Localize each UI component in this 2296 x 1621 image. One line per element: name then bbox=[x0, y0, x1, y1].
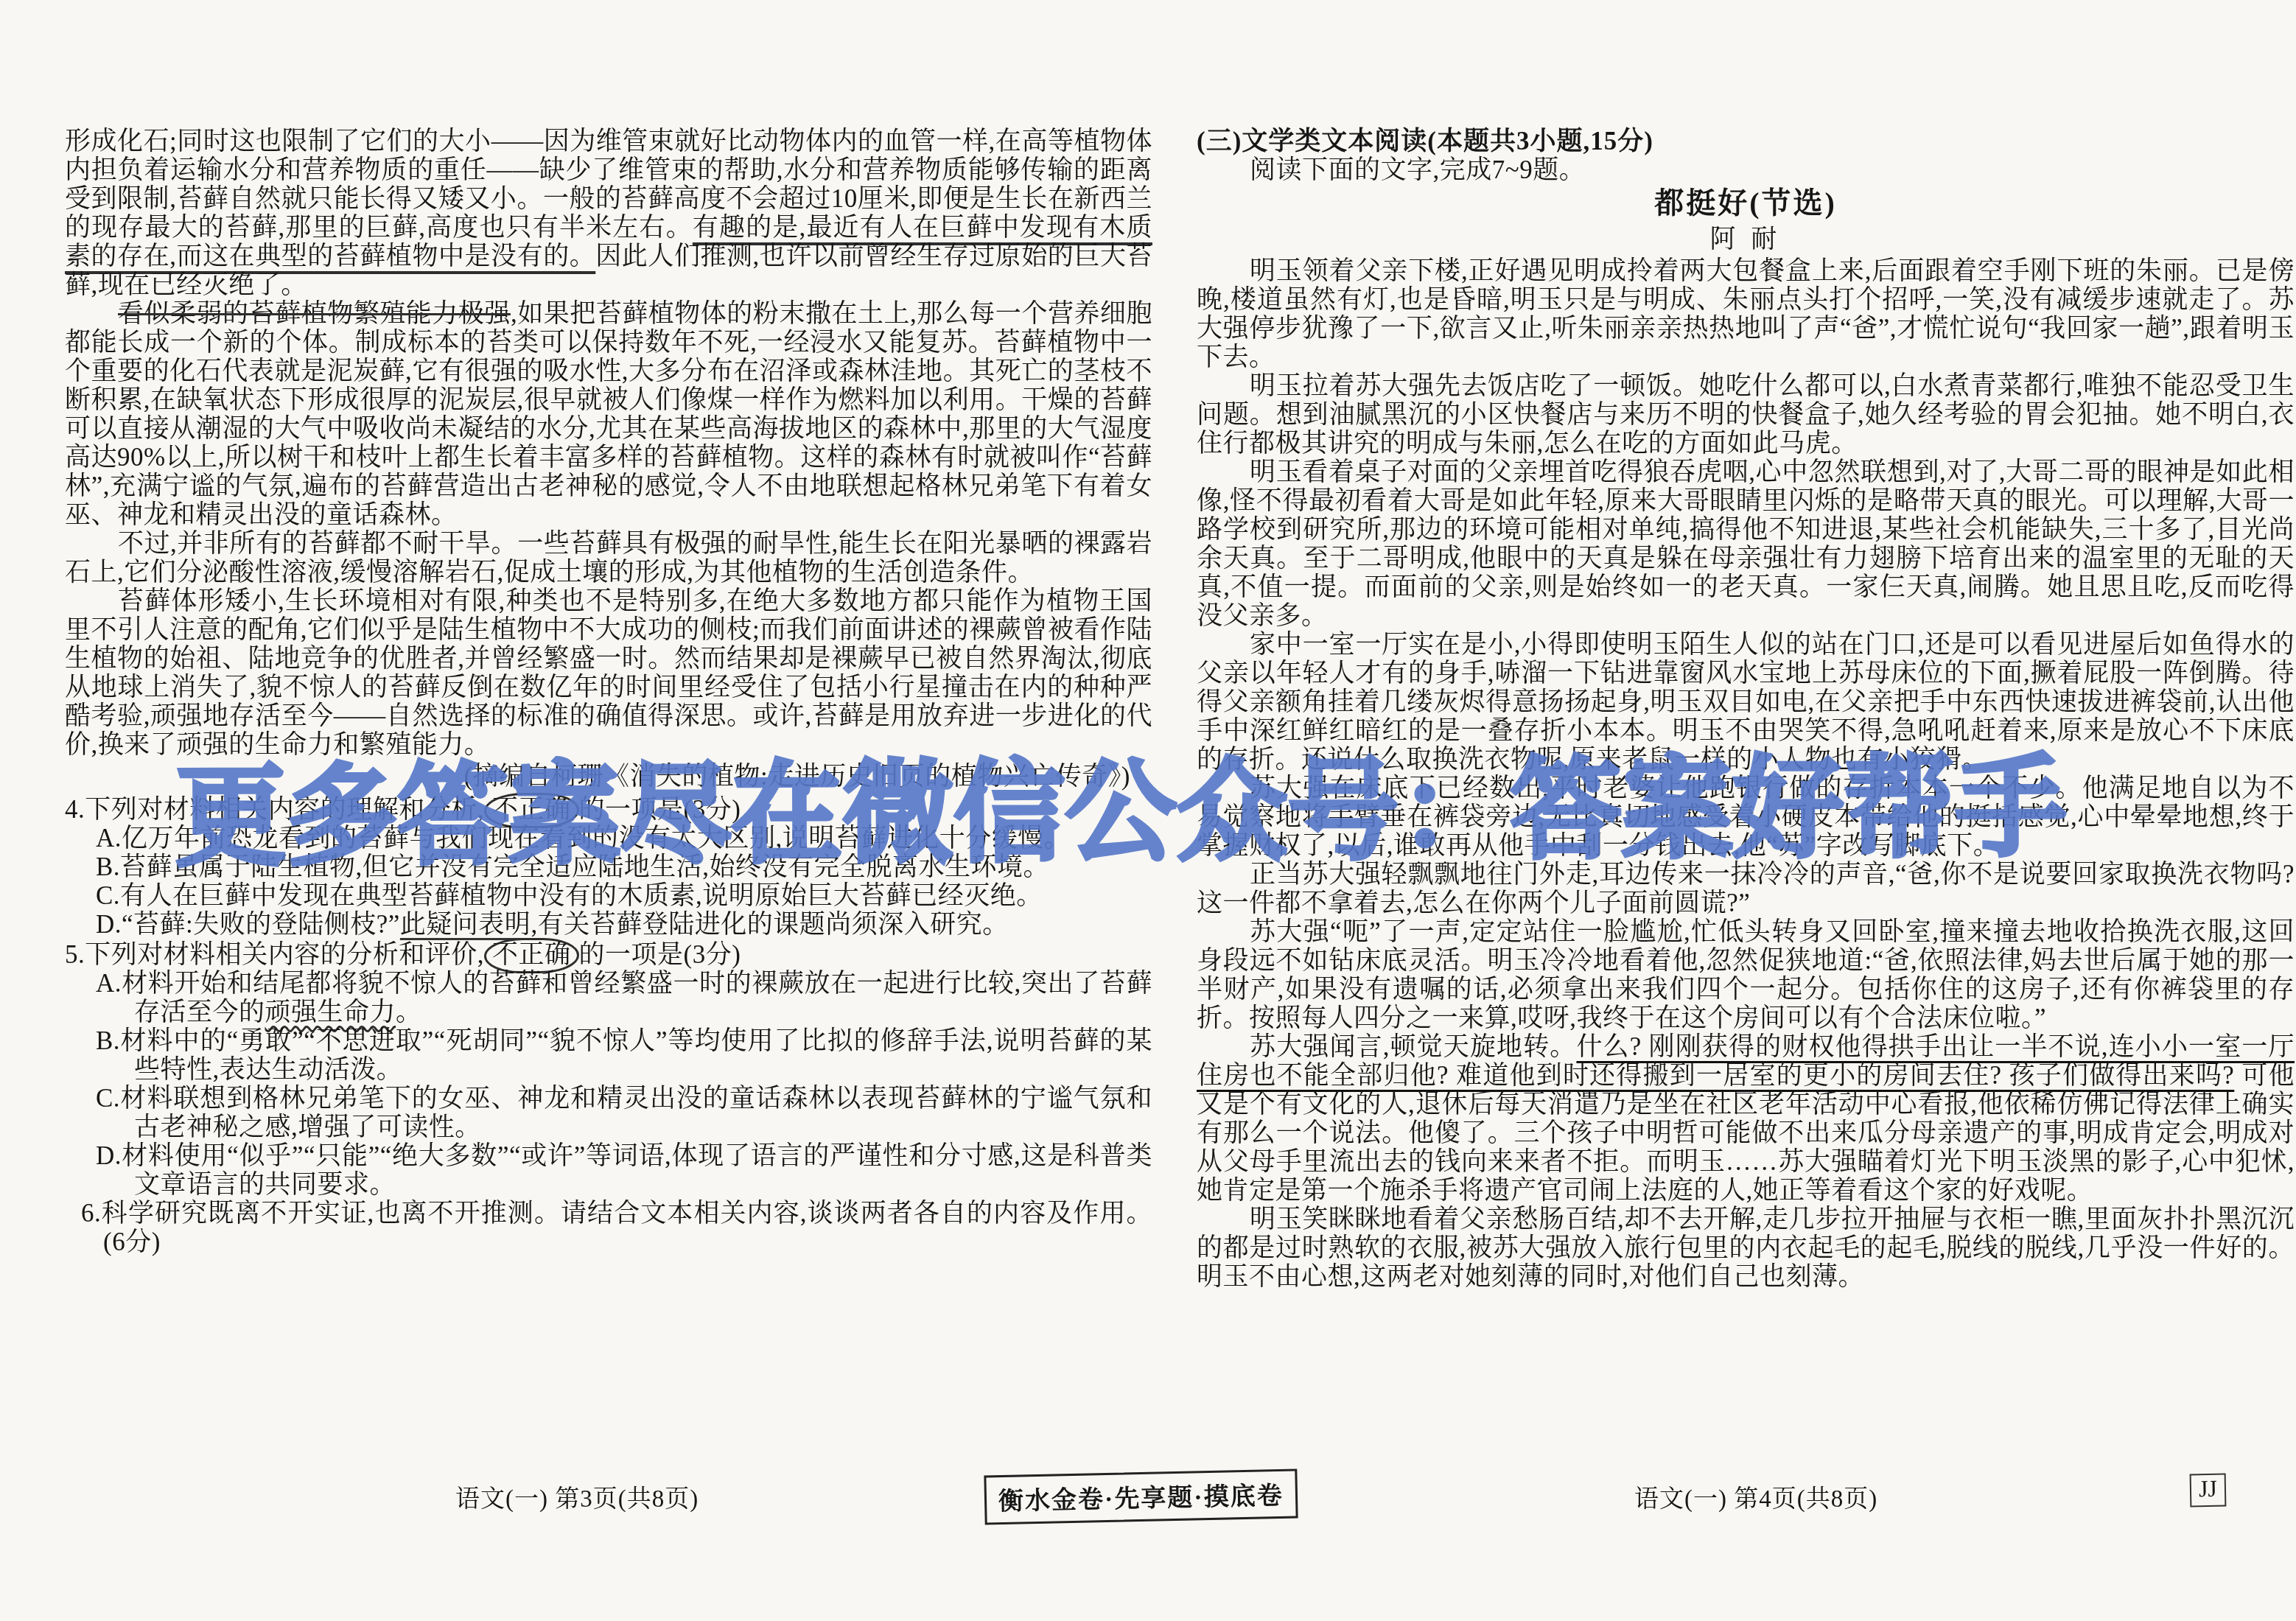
footer-corner-mark: JJ bbox=[2190, 1474, 2227, 1508]
left-paragraph-4: 苔藓体形矮小,生长环境相对有限,种类也不是特别多,在绝大多数地方都只能作为植物王… bbox=[65, 587, 1152, 759]
footer-page-number-left: 语文(一) 第3页(共8页) bbox=[455, 1480, 699, 1514]
hand-strike-mark: 看似柔弱的苔藓植物繁殖能力极强 bbox=[118, 299, 511, 328]
story-paragraph-9: 明玉笑眯眯地看着父亲愁肠百结,却不去开解,走几步拉开抽屉与衣柜一瞧,里面灰扑扑黑… bbox=[1197, 1205, 2295, 1291]
story-paragraph-8: 苏大强闻言,顿觉天旋地转。什么? 刚刚获得的财权他得拱手出让一半不说,连小小一室… bbox=[1197, 1032, 2295, 1205]
question-5-option-c: C.材料联想到格林兄弟笔下的女巫、神龙和精灵出没的童话森林以表现苔藓林的宁谧气氛… bbox=[65, 1084, 1152, 1141]
left-paragraph-3: 不过,并非所有的苔藓都不耐干旱。一些苔藓具有极强的耐旱性,能生长在阳光暴晒的裸露… bbox=[65, 529, 1152, 587]
story-paragraph-7: 苏大强“呃”了一声,定定站住一脸尴尬,忙低头转身又回卧室,撞来撞去地收拾换洗衣服… bbox=[1197, 917, 2295, 1032]
text-run: 。 bbox=[396, 998, 422, 1026]
left-paragraph-2: 看似柔弱的苔藓植物繁殖能力极强,如果把苔藓植物体的粉末撒在土上,那么每一个营养细… bbox=[65, 299, 1152, 529]
hand-circle-mark: 不正确 bbox=[484, 938, 579, 973]
question-5-stem: 5.下列对材料相关内容的分析和评价,不正确的一项是(3分) bbox=[65, 940, 1152, 969]
reading-instruction: 阅读下面的文字,完成7~9题。 bbox=[1197, 155, 2295, 184]
question-5-option-d: D.材料使用“似乎”“只能”“绝大多数”“或许”等词语,体现了语言的严谨性和分寸… bbox=[65, 1141, 1152, 1199]
hand-underline-mark: 顽强生命力 bbox=[265, 998, 396, 1026]
footer-page-number-right: 语文(一) 第4页(共8页) bbox=[1634, 1480, 1877, 1514]
story-paragraph-1: 明玉领着父亲下楼,正好遇见明成拎着两大包餐盒上来,后面跟着空手刚下班的朱丽。已是… bbox=[1197, 256, 2295, 371]
story-title: 都挺好(节选) bbox=[1197, 184, 2295, 223]
question-number: 5. bbox=[65, 940, 85, 969]
page-left: 形成化石;同时这也限制了它们的大小——因为维管束就好比动物体内的血管一样,在高等… bbox=[65, 127, 1152, 1256]
story-paragraph-2: 明玉拉着苏大强先去饭店吃了一顿饭。她吃什么都可以,白水煮青菜都行,唯独不能忍受卫… bbox=[1197, 371, 2295, 458]
story-author: 阿 耐 bbox=[1197, 223, 2295, 256]
text-run: 科学研究既离不开实证,也离不开推测。请结合文本相关内容,谈谈两者各自的内容及作用… bbox=[101, 1199, 1152, 1256]
text-run: ,有关苔藓登陆进化的课题尚须深入研究。 bbox=[531, 910, 1008, 939]
left-paragraph-1: 形成化石;同时这也限制了它们的大小——因为维管束就好比动物体内的血管一样,在高等… bbox=[65, 127, 1152, 299]
story-paragraph-3: 明玉看着桌子对面的父亲埋首吃得狼吞虎咽,心中忽然联想到,对了,大哥二哥的眼神是如… bbox=[1197, 458, 2295, 630]
text-run: D.“苔藓:失败的登陆侧枝?” bbox=[96, 910, 400, 939]
question-5: 5.下列对材料相关内容的分析和评价,不正确的一项是(3分) A.材料开始和结尾都… bbox=[65, 940, 1152, 1199]
hand-underline-mark: 此疑问表明 bbox=[400, 910, 531, 939]
question-5-option-b: B.材料中的“勇敢”“不思进取”“死胡同”“貌不惊人”等均使用了比拟的修辞手法,… bbox=[65, 1026, 1152, 1084]
question-number: 4. bbox=[65, 795, 85, 824]
question-number: 6. bbox=[81, 1199, 101, 1228]
question-5-option-a: A.材料开始和结尾都将貌不惊人的苔藓和曾经繁盛一时的裸蕨放在一起进行比较,突出了… bbox=[65, 969, 1152, 1026]
question-6-stem: 6.科学研究既离不开实证,也离不开推测。请结合文本相关内容,谈谈两者各自的内容及… bbox=[65, 1199, 1152, 1256]
text-run: A.材料开始和结尾都将貌不惊人的苔藓和曾经繁盛一时的裸蕨放在一起进行比较,突出了… bbox=[96, 969, 1152, 1026]
text-run: ,如果把苔藓植物体的粉末撒在土上,那么每一个营养细胞都能长成一个新的个体。制成标… bbox=[65, 299, 1152, 529]
text-run: 苏大强闻言,顿觉天旋地转。 bbox=[1250, 1032, 1576, 1061]
text-run: 的一项是(3分) bbox=[579, 940, 741, 969]
question-6: 6.科学研究既离不开实证,也离不开推测。请结合文本相关内容,谈谈两者各自的内容及… bbox=[65, 1199, 1152, 1256]
wechat-watermark-banner: 更多答案尽在微信公众号：答案好帮手 bbox=[175, 748, 2068, 875]
footer-brand-box: 衡水金卷·先享题·摸底卷 bbox=[984, 1469, 1298, 1525]
text-run: 下列对材料相关内容的分析和评价, bbox=[85, 940, 484, 969]
section-heading: (三)文学类文本阅读(本题共3小题,15分) bbox=[1197, 127, 2295, 155]
page-right: (三)文学类文本阅读(本题共3小题,15分) 阅读下面的文字,完成7~9题。 都… bbox=[1197, 127, 2295, 1291]
question-4-option-d: D.“苔藓:失败的登陆侧枝?”此疑问表明,有关苔藓登陆进化的课题尚须深入研究。 bbox=[65, 910, 1152, 939]
question-4-option-c: C.有人在巨藓中发现在典型苔藓植物中没有的木质素,说明原始巨大苔藓已经灭绝。 bbox=[65, 881, 1152, 910]
